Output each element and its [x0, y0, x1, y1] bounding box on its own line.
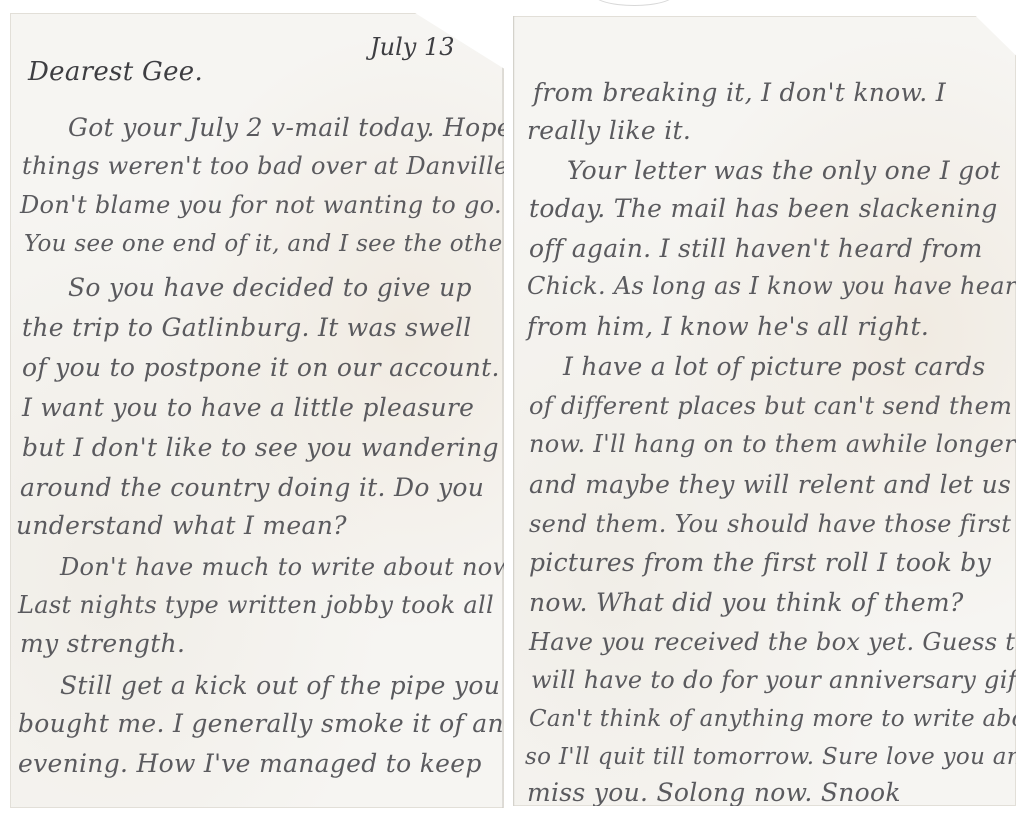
letter-line: and maybe they will relent and let us: [529, 470, 1011, 499]
scan-artifact: [593, 0, 675, 6]
letter-page-right: from breaking it, I don't know. I really…: [513, 16, 1016, 806]
letter-line: You see one end of it, and I see the oth…: [24, 231, 519, 257]
letter-line: from him, I know he's all right.: [527, 312, 929, 341]
letter-line: Last nights type written jobby took all: [18, 591, 494, 619]
letter-line: Have you received the box yet. Guess tha…: [529, 628, 1024, 656]
salutation: Dearest Gee.: [28, 57, 203, 87]
letter-line: I want you to have a little pleasure: [22, 393, 474, 422]
letter-line: my strength.: [20, 629, 185, 658]
letter-line: will have to do for your anniversary gif…: [531, 666, 1024, 694]
letter-line: today. The mail has been slackening: [529, 194, 998, 223]
letter-line: Got your July 2 v-mail today. Hope: [68, 113, 512, 142]
letter-line: of you to postpone it on our account.: [22, 353, 500, 382]
letter-line: but I don't like to see you wandering: [22, 433, 499, 462]
letter-line: now. What did you think of them?: [529, 588, 964, 617]
letter-line: things weren't too bad over at Danville.: [22, 152, 516, 180]
letter-line: the trip to Gatlinburg. It was swell: [22, 313, 472, 342]
letter-line: evening. How I've managed to keep: [18, 749, 482, 778]
letter-line: Your letter was the only one I got: [567, 156, 1000, 185]
letter-line: send them. You should have those first: [529, 510, 1011, 538]
letter-line: So you have decided to give up: [68, 273, 472, 302]
letter-line: so I'll quit till tomorrow. Sure love yo…: [525, 744, 1024, 770]
letter-line: Don't blame you for not wanting to go.: [20, 191, 502, 219]
letter-date: July 13: [370, 33, 454, 61]
letter-line: bought me. I generally smoke it of an: [18, 709, 504, 738]
letter-line: Can't think of anything more to write ab…: [529, 706, 1024, 732]
letter-line: pictures from the first roll I took by: [529, 548, 991, 577]
letter-line: Still get a kick out of the pipe you: [60, 671, 500, 700]
letter-page-left: July 13 Dearest Gee. Got your July 2 v-m…: [10, 13, 504, 808]
letter-line: Don't have much to write about now.: [60, 553, 518, 581]
letter-line: of different places but can't send them: [529, 392, 1012, 420]
letter-line: really like it.: [527, 116, 691, 145]
letter-line: now. I'll hang on to them awhile longer: [529, 430, 1016, 458]
letter-line: around the country doing it. Do you: [20, 473, 484, 502]
letter-line: understand what I mean?: [16, 511, 347, 540]
letter-line: miss you. Solong now. Snook: [527, 778, 901, 807]
letter-line: I have a lot of picture post cards: [563, 352, 985, 381]
letter-line: from breaking it, I don't know. I: [533, 78, 946, 107]
letter-line: off again. I still haven't heard from: [529, 234, 983, 263]
letter-line: Chick. As long as I know you have heard: [527, 272, 1024, 300]
page-edge: [513, 16, 515, 806]
